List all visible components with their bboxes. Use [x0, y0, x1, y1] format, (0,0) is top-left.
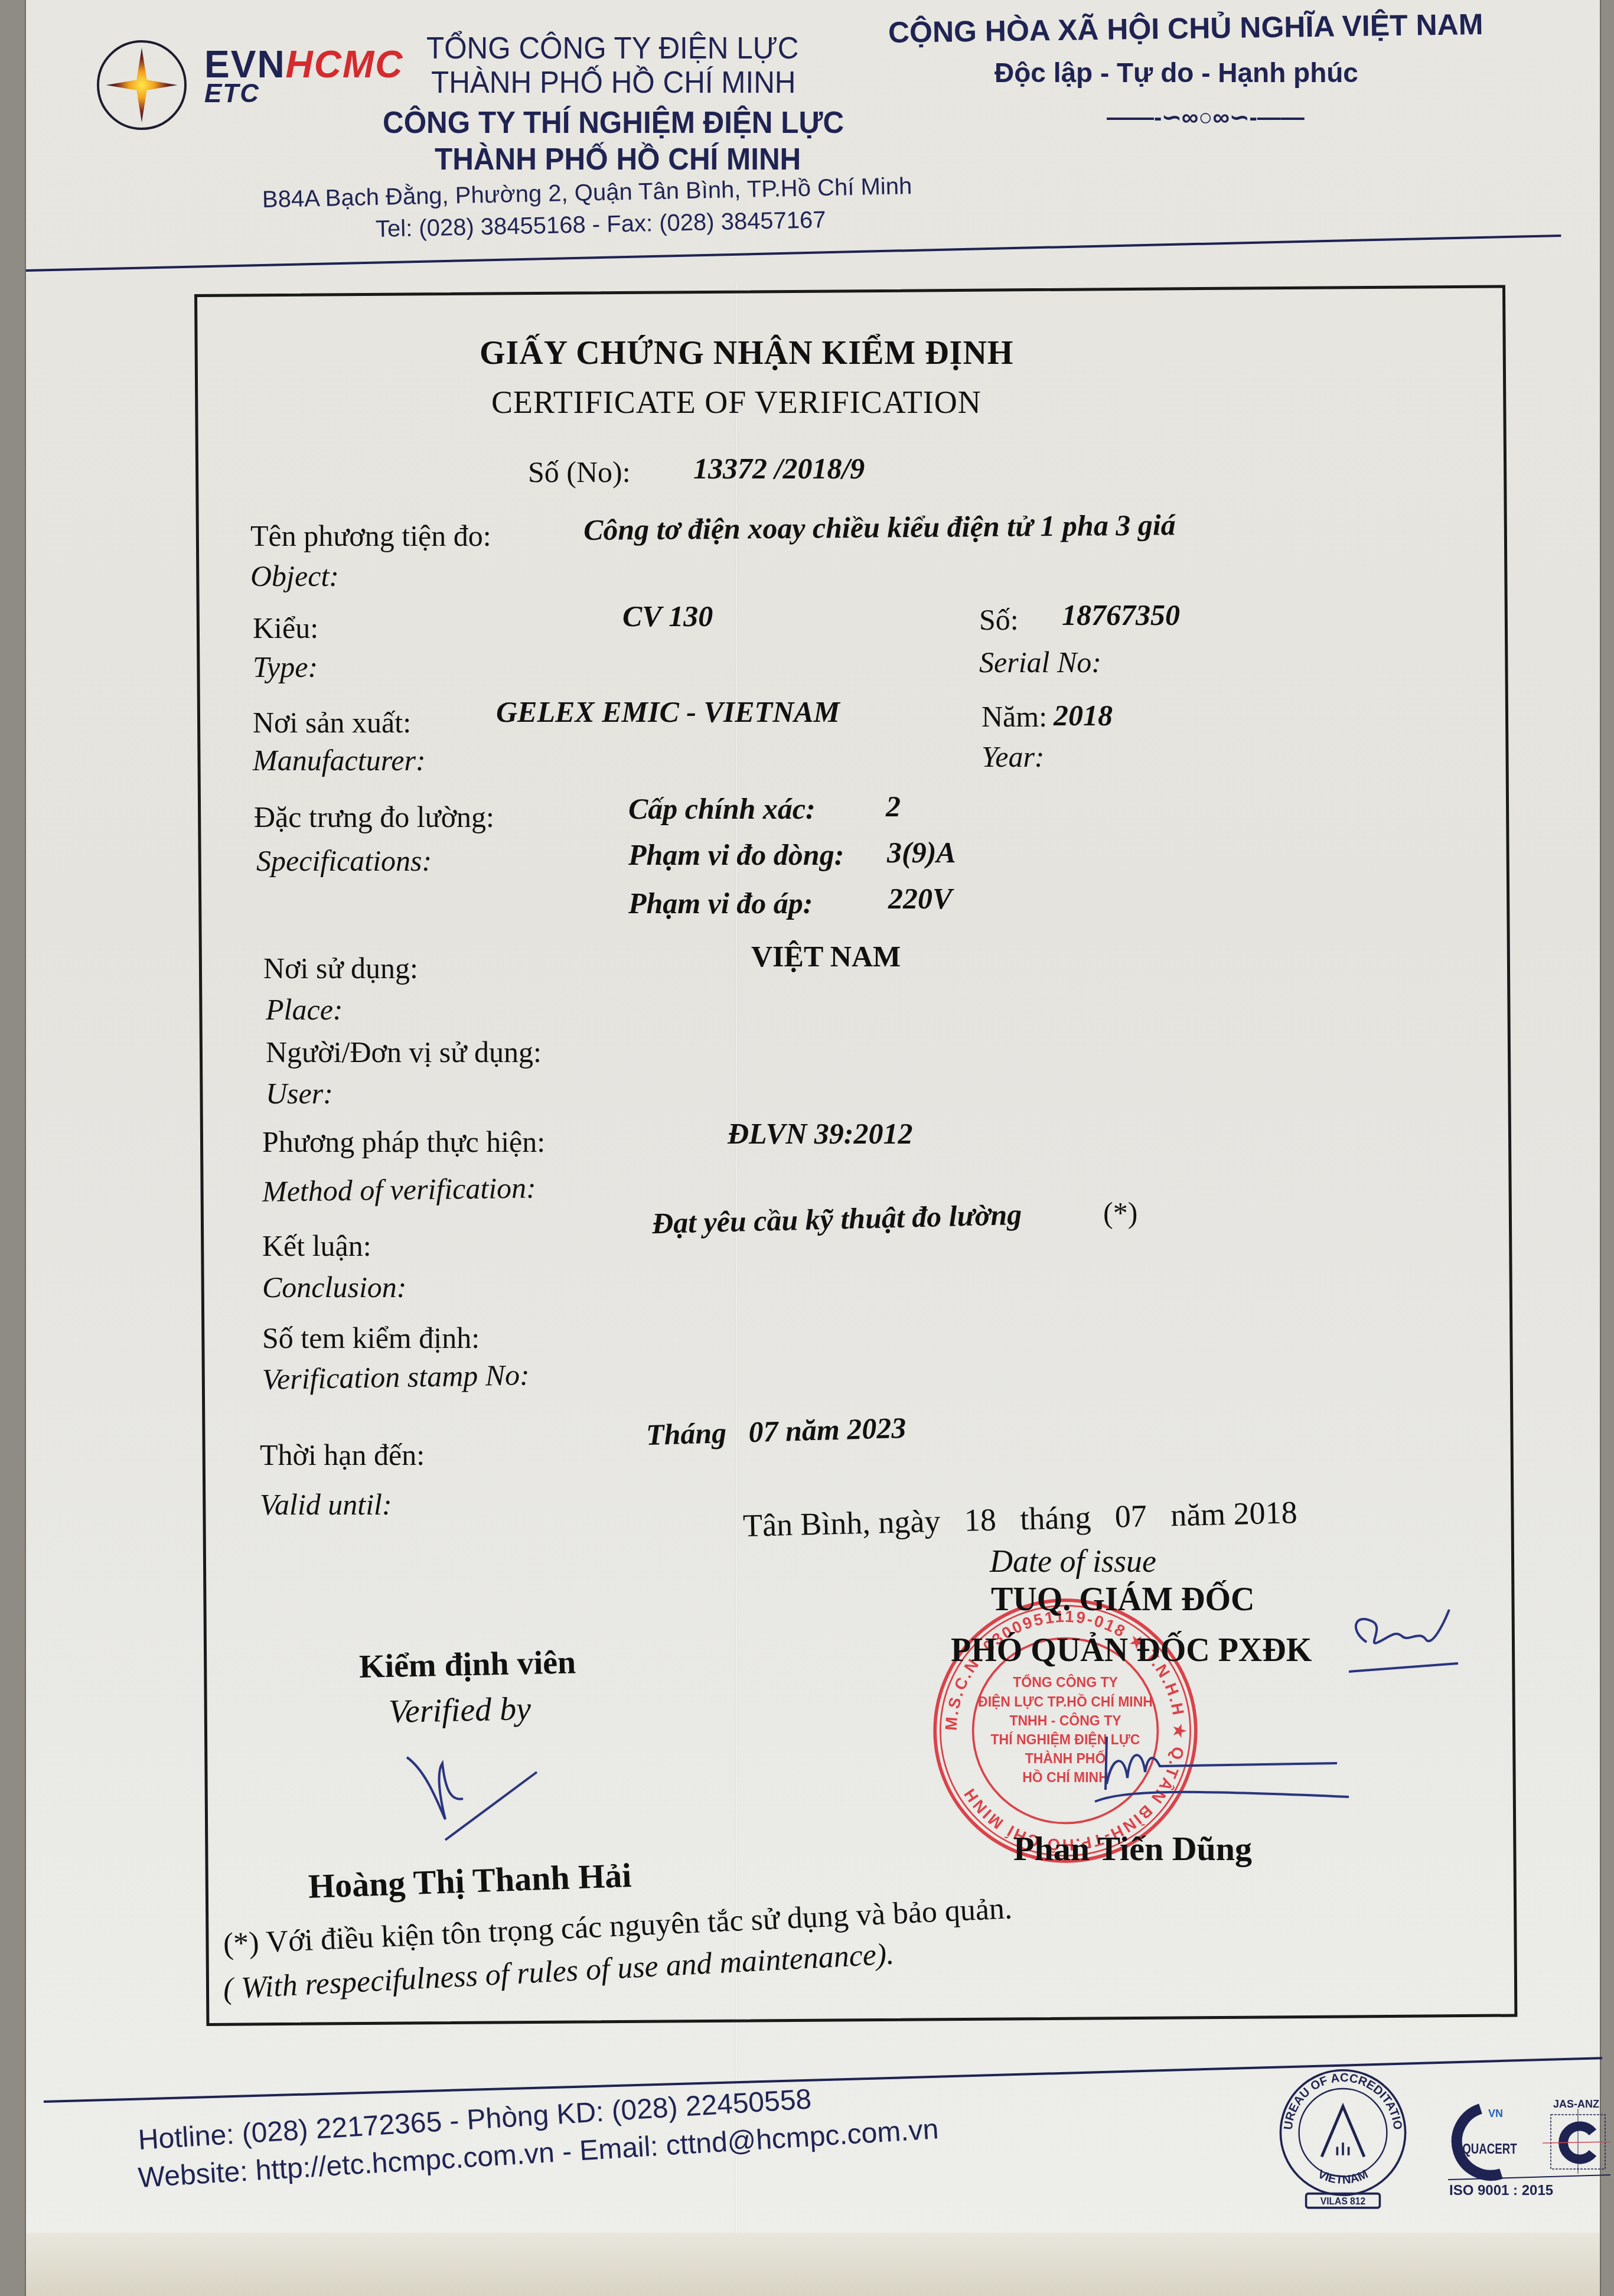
- approver-title-1: TUQ. GIÁM ĐỐC: [991, 1581, 1254, 1618]
- svg-text:ĐIỆN LỰC TP.HỒ CHÍ MINH: ĐIỆN LỰC TP.HỒ CHÍ MINH: [978, 1693, 1153, 1709]
- number-label: Số (No):: [528, 455, 631, 489]
- valid-month: 07: [748, 1415, 779, 1448]
- valid-month-word: Tháng: [645, 1416, 727, 1451]
- certificate-page: EVNHCMC ETC TỔNG CÔNG TY ĐIỆN LỰC THÀNH …: [26, 0, 1600, 2296]
- specifications-label-vn: Đặc trưng đo lường:: [254, 800, 494, 834]
- stamp-no-label-en: Verification stamp No:: [262, 1357, 530, 1396]
- issue-date-label-en: Date of issue: [990, 1543, 1156, 1579]
- conclusion-label-vn: Kết luận:: [262, 1229, 371, 1263]
- header-divider: [26, 235, 1561, 272]
- spec-accuracy-label: Cấp chính xác:: [628, 792, 816, 826]
- user-label-vn: Người/Đơn vị sử dụng:: [266, 1035, 542, 1069]
- svg-text:QUACERT: QUACERT: [1462, 2140, 1517, 2157]
- nation-title: CỘNG HÒA XÃ HỘI CHỦ NGHĨA VIỆT NAM: [888, 7, 1483, 50]
- svg-text:JAS-ANZ: JAS-ANZ: [1553, 2098, 1599, 2110]
- manufacturer-label-en: Manufacturer:: [253, 743, 426, 777]
- approver-title-2: PHÓ QUẢN ĐỐC PXĐK: [951, 1631, 1312, 1669]
- verifier-signature: [404, 1748, 546, 1843]
- svg-text:TNHH - CÔNG TY: TNHH - CÔNG TY: [1009, 1712, 1121, 1728]
- type-label-vn: Kiểu:: [253, 611, 318, 645]
- evn-star-logo-icon: [97, 40, 187, 130]
- serial-label-en: Serial No:: [979, 645, 1101, 679]
- year-label-vn: Năm:: [982, 699, 1047, 734]
- valid-until-value: Tháng 07 năm 2023: [645, 1411, 907, 1452]
- spec-voltage-label: Phạm vi đo áp:: [628, 886, 813, 920]
- parent-company-line-1: TỔNG CÔNG TY ĐIỆN LỰC: [426, 31, 799, 66]
- parent-company-line-2: THÀNH PHỐ HỒ CHÍ MINH: [431, 65, 796, 100]
- valid-until-label-vn: Thời hạn đến:: [260, 1438, 425, 1472]
- conclusion-label-en: Conclusion:: [262, 1270, 406, 1304]
- initials-signature: [1343, 1607, 1461, 1683]
- method-label-en: Method of verification:: [262, 1171, 537, 1209]
- year-label-en: Year:: [982, 740, 1045, 774]
- certificate-title-en: CERTIFICATE OF VERIFICATION: [491, 384, 982, 421]
- place-label-vn: Nơi sử dụng:: [263, 951, 418, 985]
- year-value: 2018: [1054, 698, 1113, 732]
- vilas-accreditation-badge-icon: BUREAU OF ACCREDITATION VIETNAM VILAS 81…: [1272, 2067, 1414, 2209]
- company-tel-fax: Tel: (028) 38455168 - Fax: (028) 3845716…: [376, 207, 827, 243]
- conclusion-note-mark: (*): [1103, 1196, 1137, 1230]
- svg-text:VIETNAM: VIETNAM: [1316, 2168, 1370, 2187]
- user-label-en: User:: [266, 1076, 333, 1110]
- certificate-number: 13372 /2018/9: [693, 451, 865, 486]
- issue-month-word: tháng: [1020, 1500, 1091, 1537]
- issue-place: Tân Bình, ngày: [742, 1503, 941, 1543]
- issue-year: 2018: [1233, 1494, 1297, 1532]
- svg-text:ISO 9001 : 2015: ISO 9001 : 2015: [1449, 2183, 1553, 2197]
- object-label-en: Object:: [250, 559, 339, 593]
- issue-day: 18: [964, 1502, 996, 1538]
- svg-text:TỔNG CÔNG TY: TỔNG CÔNG TY: [1013, 1674, 1118, 1690]
- issue-month: 07: [1114, 1498, 1147, 1534]
- ornament-divider: ——-∽∞○∞∽-——: [1107, 104, 1305, 131]
- manufacturer-value: GELEX EMIC - VIETNAM: [496, 695, 840, 729]
- serial-label-vn: Số:: [979, 603, 1019, 637]
- issue-year-word: năm: [1170, 1496, 1225, 1533]
- svg-text:VILAS 812: VILAS 812: [1320, 2197, 1366, 2207]
- type-value: CV 130: [622, 599, 713, 633]
- method-label-vn: Phương pháp thực hiện:: [262, 1125, 545, 1159]
- type-label-en: Type:: [253, 650, 318, 684]
- object-label-vn: Tên phương tiện đo:: [250, 519, 491, 553]
- approver-name: Phan Tiến Dũng: [1013, 1829, 1252, 1868]
- quacert-iso-badge-icon: VN QUACERT JAS-ANZ ISO 9001 : 2015: [1436, 2091, 1613, 2197]
- spec-accuracy-value: 2: [886, 789, 901, 823]
- company-line-2: THÀNH PHỐ HỒ CHÍ MINH: [435, 142, 801, 177]
- national-motto: Độc lập - Tự do - Hạnh phúc: [995, 57, 1358, 89]
- method-value: ĐLVN 39:2012: [728, 1116, 912, 1151]
- object-value: Công tơ điện xoay chiều kiểu điện tử 1 p…: [583, 507, 1176, 547]
- spec-current-value: 3(9)A: [887, 835, 956, 869]
- valid-year-word: năm: [785, 1413, 840, 1448]
- place-label-en: Place:: [266, 992, 343, 1027]
- specifications-label-en: Specifications:: [256, 844, 432, 878]
- certificate-title-vn: GIẤY CHỨNG NHẬN KIỂM ĐỊNH: [480, 334, 1013, 372]
- manufacturer-label-vn: Nơi sản xuất:: [253, 705, 411, 740]
- brand-hcmc: HCMC: [286, 43, 404, 86]
- spec-current-label: Phạm vi đo dòng:: [628, 838, 844, 872]
- verifier-title-vn: Kiểm định viên: [358, 1643, 576, 1686]
- company-line-1: CÔNG TY THÍ NGHIỆM ĐIỆN LỰC: [383, 105, 844, 141]
- brand-etc: ETC: [204, 79, 260, 109]
- stamp-no-label-vn: Số tem kiểm định:: [262, 1321, 480, 1355]
- valid-until-label-en: Valid until:: [260, 1487, 392, 1522]
- valid-year: 2023: [846, 1411, 907, 1446]
- svg-text:VN: VN: [1488, 2108, 1503, 2119]
- serial-value: 18767350: [1062, 598, 1180, 632]
- verifier-title-en: Verified by: [388, 1690, 531, 1731]
- place-value: VIỆT NAM: [751, 939, 901, 973]
- approver-signature: [1089, 1731, 1349, 1813]
- spec-voltage-value: 220V: [888, 881, 952, 916]
